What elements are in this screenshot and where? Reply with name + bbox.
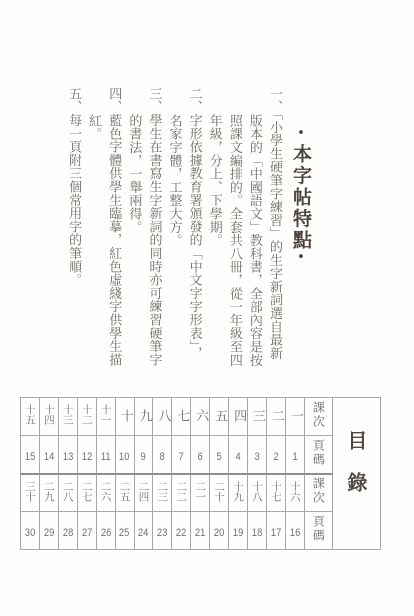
lesson-6-numeral: 六	[194, 409, 206, 422]
lesson-9-numeral: 九	[137, 409, 149, 422]
page-26-number: 26	[100, 527, 110, 539]
page-7-number: 7	[179, 451, 184, 463]
page-14-number: 14	[44, 451, 54, 463]
page-25-number: 25	[119, 527, 129, 539]
page-14-cell: 14	[39, 436, 58, 475]
lesson-7-cell: 七	[172, 398, 191, 436]
page-10-cell: 10	[115, 436, 134, 475]
page-label: 頁碼	[311, 515, 325, 543]
page-25-cell: 25	[115, 512, 134, 550]
page-27-number: 27	[82, 527, 92, 539]
page-24-cell: 24	[134, 512, 153, 550]
lesson-3-numeral: 三	[251, 409, 263, 422]
feature-item-4-line-2: 紅。	[83, 87, 103, 379]
feature-item-1-line-2: 版本的「中國語文」教科書，全部內容是按	[244, 87, 264, 379]
feature-item-4-line-1: 四、藍色字體供學生臨摹，紅色虛綫字供學生描	[103, 87, 123, 379]
row-label-page: 頁碼	[304, 436, 332, 475]
feature-item-3-text: 學生在書寫生字新詞的同時亦可練習硬筆字	[146, 114, 161, 367]
page-22-number: 22	[176, 527, 186, 539]
lesson-12-numeral: 十二	[81, 404, 93, 425]
feature-item-5-line-1: 五、每一頁附三個常用字的筆順。	[63, 87, 83, 379]
lesson-2-numeral: 二	[270, 409, 282, 422]
page-3-cell: 3	[248, 436, 267, 475]
lesson-18-numeral: 十八	[251, 481, 263, 502]
lesson-30-cell: 三十	[21, 474, 40, 512]
page-4-number: 4	[235, 451, 240, 463]
page-23-number: 23	[157, 527, 167, 539]
page-8-number: 8	[160, 451, 165, 463]
feature-item-2-line-1: 二、字形依據教育署頒發的「中文字字形表」，	[184, 87, 204, 379]
lesson-12-cell: 十二	[77, 398, 96, 436]
page-24-number: 24	[138, 527, 148, 539]
feature-item-4-marker: 四、	[106, 87, 121, 114]
lesson-1-cell: 一	[285, 398, 304, 436]
feature-item-1-text: 「小學生硬筆字練習」的生字新詞選自最新	[267, 114, 282, 360]
page-4-cell: 4	[229, 436, 248, 475]
page-9-number: 9	[141, 451, 146, 463]
lesson-15-cell: 十五	[21, 398, 40, 436]
lesson-22-cell: 二二	[172, 474, 191, 512]
feature-item-1-line-1: 一、「小學生硬筆字練習」的生字新詞選自最新	[264, 87, 284, 379]
page-19-cell: 19	[229, 512, 248, 550]
feature-item-1-line-4: 年級，分上、下學期。	[204, 87, 224, 379]
page-23-cell: 23	[153, 512, 172, 550]
page-30-number: 30	[25, 527, 35, 539]
page-label: 頁碼	[311, 439, 325, 467]
feature-item-3-line-2: 的書法，一舉兩得。	[123, 87, 143, 379]
page-28-cell: 28	[58, 512, 77, 550]
feature-item-2-line-2: 名家字體，工整大方。	[163, 87, 183, 379]
lesson-13-numeral: 十三	[62, 404, 74, 425]
lesson-label: 課次	[311, 401, 325, 429]
page-5-number: 5	[217, 451, 222, 463]
lesson-label: 課次	[311, 477, 325, 505]
lesson-15-numeral: 十五	[24, 404, 36, 425]
page-13-cell: 13	[58, 436, 77, 475]
feature-item-1-line-3: 照課文編排的。全套共八冊，從一年級至四	[224, 87, 244, 379]
toc-lesson-row-1: 十五 十四 十三 十二 十一 十 九 八 七 六 五 四 三 二 一 課次 目錄	[21, 398, 381, 436]
page-2-number: 2	[273, 451, 278, 463]
page-15-cell: 15	[21, 436, 40, 475]
page-7-cell: 7	[172, 436, 191, 475]
lesson-8-cell: 八	[153, 398, 172, 436]
page-2-cell: 2	[266, 436, 285, 475]
page-15-number: 15	[25, 451, 35, 463]
lesson-18-cell: 十八	[248, 474, 267, 512]
lesson-29-numeral: 二九	[43, 481, 55, 502]
features-list: 一、「小學生硬筆字練習」的生字新詞選自最新 版本的「中國語文」教科書，全部內容是…	[63, 87, 284, 379]
row-label-lesson: 課次	[304, 398, 332, 436]
lesson-11-cell: 十一	[96, 398, 115, 436]
lesson-4-numeral: 四	[232, 409, 244, 422]
feature-item-2-marker: 二、	[187, 87, 202, 114]
page-11-cell: 11	[96, 436, 115, 475]
heading-text: 本字帖特點	[289, 144, 313, 252]
row-label-lesson: 課次	[304, 474, 332, 512]
lesson-6-cell: 六	[191, 398, 210, 436]
page-1-number: 1	[292, 451, 297, 463]
page-16-number: 16	[290, 527, 300, 539]
toc-page-row-1: 15 14 13 12 11 10 9 8 7 6 5 4 3 2 1 頁碼	[21, 436, 381, 475]
lesson-27-cell: 二七	[77, 474, 96, 512]
lesson-24-cell: 二四	[134, 474, 153, 512]
page-30-cell: 30	[21, 512, 40, 550]
lesson-17-numeral: 十七	[270, 481, 282, 502]
page-20-number: 20	[214, 527, 224, 539]
page-9-cell: 9	[134, 436, 153, 475]
feature-item-1-marker: 一、	[267, 87, 282, 114]
lesson-26-numeral: 二六	[100, 481, 112, 502]
page-13-number: 13	[63, 451, 73, 463]
toc-page-row-2: 30 29 28 27 26 25 24 23 22 21 20 19 18 1…	[21, 512, 381, 550]
lesson-25-cell: 二五	[115, 474, 134, 512]
lesson-13-cell: 十三	[58, 398, 77, 436]
page-6-number: 6	[198, 451, 203, 463]
lesson-20-cell: 二十	[210, 474, 229, 512]
lesson-28-numeral: 二八	[62, 481, 74, 502]
page-3-number: 3	[254, 451, 259, 463]
page-29-number: 29	[44, 527, 54, 539]
lesson-23-numeral: 二三	[156, 481, 168, 502]
page-29-cell: 29	[39, 512, 58, 550]
feature-item-3-marker: 三、	[146, 87, 161, 114]
toc-title: 目錄	[342, 430, 371, 514]
page-22-cell: 22	[172, 512, 191, 550]
lesson-4-cell: 四	[229, 398, 248, 436]
page-17-cell: 17	[266, 512, 285, 550]
lesson-16-numeral: 十六	[289, 481, 301, 502]
lesson-19-numeral: 十九	[232, 481, 244, 502]
feature-item-5-marker: 五、	[66, 87, 81, 114]
lesson-17-cell: 十七	[266, 474, 285, 512]
page-10-number: 10	[119, 451, 129, 463]
lesson-26-cell: 二六	[96, 474, 115, 512]
lesson-25-numeral: 二五	[119, 481, 131, 502]
page-21-number: 21	[195, 527, 205, 539]
page-20-cell: 20	[210, 512, 229, 550]
lesson-11-numeral: 十一	[100, 404, 112, 425]
features-heading: • 本字帖特點 •	[289, 128, 313, 264]
lesson-27-numeral: 二七	[81, 481, 93, 502]
page-27-cell: 27	[77, 512, 96, 550]
page-28-number: 28	[63, 527, 73, 539]
page-8-cell: 8	[153, 436, 172, 475]
lesson-3-cell: 三	[248, 398, 267, 436]
feature-item-3-line-1: 三、學生在書寫生字新詞的同時亦可練習硬筆字	[143, 87, 163, 379]
lesson-20-numeral: 二十	[213, 481, 225, 502]
lesson-30-numeral: 三十	[24, 481, 36, 502]
page-12-cell: 12	[77, 436, 96, 475]
lesson-5-cell: 五	[210, 398, 229, 436]
page-1-cell: 1	[285, 436, 304, 475]
lesson-19-cell: 十九	[229, 474, 248, 512]
toc-lesson-row-2: 三十 二九 二八 二七 二六 二五 二四 二三 二二 二一 二十 十九 十八 十…	[21, 474, 381, 512]
lesson-29-cell: 二九	[39, 474, 58, 512]
bullet-icon: •	[297, 128, 305, 140]
row-label-page: 頁碼	[304, 512, 332, 550]
page-19-number: 19	[233, 527, 243, 539]
feature-item-4-text: 藍色字體供學生臨摹，紅色虛綫字供學生描	[106, 114, 121, 367]
lesson-24-numeral: 二四	[137, 481, 149, 502]
lesson-8-numeral: 八	[156, 409, 168, 422]
toc-title-cell: 目錄	[332, 398, 380, 550]
lesson-1-numeral: 一	[289, 409, 301, 422]
page-18-cell: 18	[248, 512, 267, 550]
page-26-cell: 26	[96, 512, 115, 550]
page-21-cell: 21	[191, 512, 210, 550]
lesson-16-cell: 十六	[285, 474, 304, 512]
lesson-2-cell: 二	[266, 398, 285, 436]
feature-item-2-text: 字形依據教育署頒發的「中文字字形表」，	[187, 114, 202, 360]
page-18-number: 18	[252, 527, 262, 539]
lesson-23-cell: 二三	[153, 474, 172, 512]
lesson-28-cell: 二八	[58, 474, 77, 512]
lesson-5-numeral: 五	[213, 409, 225, 422]
bullet-icon: •	[297, 252, 305, 264]
page-11-number: 11	[101, 451, 111, 463]
page-6-cell: 6	[191, 436, 210, 475]
page-17-number: 17	[271, 527, 281, 539]
lesson-21-cell: 二一	[191, 474, 210, 512]
lesson-22-numeral: 二二	[175, 481, 187, 502]
lesson-21-numeral: 二一	[194, 481, 206, 502]
lesson-9-cell: 九	[134, 398, 153, 436]
page-5-cell: 5	[210, 436, 229, 475]
feature-item-5-text: 每一頁附三個常用字的筆順。	[66, 114, 81, 287]
lesson-14-cell: 十四	[39, 398, 58, 436]
lesson-10-numeral: 十	[119, 409, 131, 422]
lesson-10-cell: 十	[115, 398, 134, 436]
lesson-7-numeral: 七	[175, 409, 187, 422]
page-12-number: 12	[82, 451, 92, 463]
lesson-14-numeral: 十四	[43, 404, 55, 425]
table-of-contents: 十五 十四 十三 十二 十一 十 九 八 七 六 五 四 三 二 一 課次 目錄…	[20, 397, 381, 550]
page-16-cell: 16	[285, 512, 304, 550]
